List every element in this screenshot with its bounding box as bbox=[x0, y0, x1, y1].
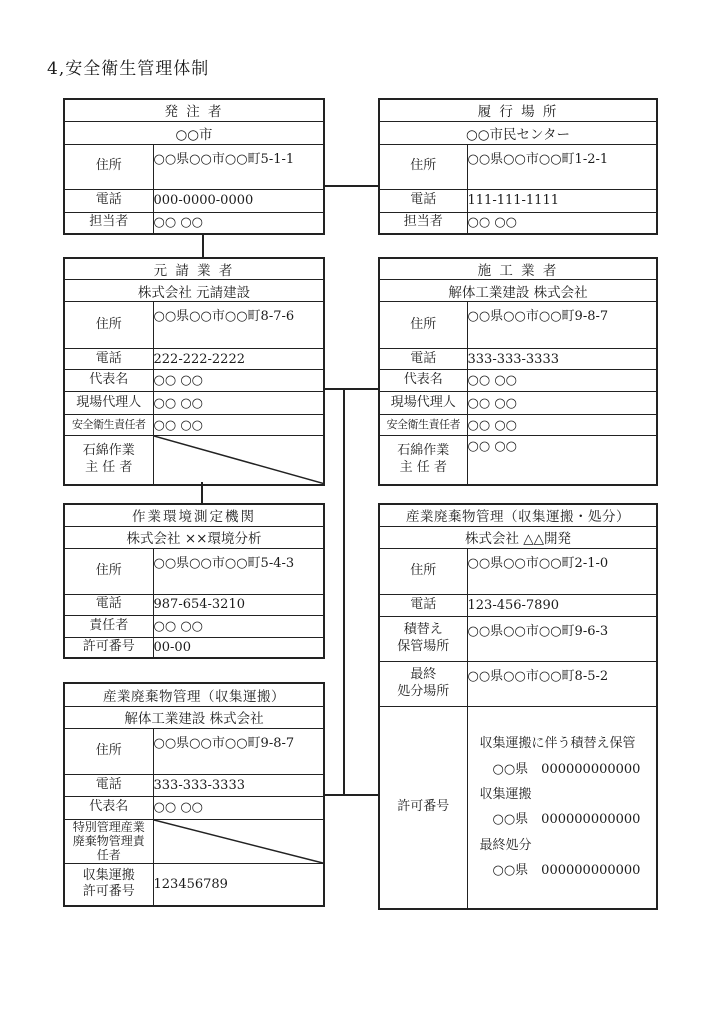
table-row: 住所 ○○県○○市○○町5-4-3 bbox=[64, 548, 324, 594]
row-label: 担当者 bbox=[64, 212, 153, 234]
page-title: 4,安全衛生管理体制 bbox=[47, 54, 209, 79]
row-label: 住所 bbox=[64, 728, 153, 774]
row-label: 現場代理人 bbox=[64, 392, 153, 415]
row-value: ○○県○○市○○町1-2-1 bbox=[467, 144, 657, 189]
table-row: 石綿作業 主 任 者 bbox=[64, 436, 324, 485]
table-title: 産業廃棄物管理（収集運搬） bbox=[64, 683, 324, 706]
table-row: 石綿作業 主 任 者 ○○ ○○ bbox=[379, 436, 657, 485]
row-label: 石綿作業 主 任 者 bbox=[64, 436, 153, 485]
row-value: ○○ ○○ bbox=[467, 392, 657, 415]
table-row: 住所 ○○県○○市○○町2-1-0 bbox=[379, 548, 657, 594]
waste-dispose-table: 産業廃棄物管理（収集運搬・処分） 株式会社 △△開発 住所 ○○県○○市○○町2… bbox=[378, 503, 658, 910]
row-label: 住所 bbox=[64, 302, 153, 349]
table-row: 電話 000-0000-0000 bbox=[64, 189, 324, 212]
table-title: 施 工 業 者 bbox=[379, 258, 657, 280]
table-row: 電話 222-222-2222 bbox=[64, 349, 324, 370]
table-row: 担当者 ○○ ○○ bbox=[379, 212, 657, 234]
row-value: 000-0000-0000 bbox=[153, 189, 324, 212]
row-value: ○○県○○市○○町5-4-3 bbox=[153, 548, 324, 594]
diagonal-strike-line bbox=[154, 436, 324, 484]
row-label: 現場代理人 bbox=[379, 392, 467, 415]
row-value: 123456789 bbox=[153, 863, 324, 906]
row-value: 111-111-1111 bbox=[467, 189, 657, 212]
row-label: 責任者 bbox=[64, 615, 153, 637]
row-value: 123-456-7890 bbox=[467, 594, 657, 616]
company-name: ○○市 bbox=[64, 121, 324, 144]
safety-management-structure-page: 4,安全衛生管理体制 発 注 者 ○○市 住所 ○○県○○市○○町5-1-1 電… bbox=[0, 0, 724, 1024]
connector-orderer-prime bbox=[202, 233, 204, 258]
row-label: 電話 bbox=[379, 594, 467, 616]
row-label: 石綿作業 主 任 者 bbox=[379, 436, 467, 485]
diagonal-strike-line bbox=[154, 820, 324, 863]
company-name: 解体工業建設 株式会社 bbox=[379, 280, 657, 302]
table-row: 電話 123-456-7890 bbox=[379, 594, 657, 616]
table-row: 許可番号 00-00 bbox=[64, 637, 324, 658]
row-label: 電話 bbox=[64, 189, 153, 212]
row-value: 987-654-3210 bbox=[153, 594, 324, 615]
row-label: 許可番号 bbox=[379, 706, 467, 909]
row-value: ○○ ○○ bbox=[153, 615, 324, 637]
work-environment-measurer-table: 作業環境測定機関 株式会社 ××環境分析 住所 ○○県○○市○○町5-4-3 電… bbox=[63, 503, 325, 659]
row-label: 住所 bbox=[379, 302, 467, 349]
row-value: 00-00 bbox=[153, 637, 324, 658]
connector-orderer-site bbox=[325, 185, 378, 187]
row-value: ○○ ○○ bbox=[153, 796, 324, 819]
row-value-crossed-out bbox=[153, 436, 324, 485]
row-value: 収集運搬に伴う積替え保管 ○○県 000000000000 収集運搬 ○○県 0… bbox=[467, 706, 657, 909]
row-label: 特別管理産業 廃棄物管理責 任者 bbox=[64, 819, 153, 863]
table-title: 作業環境測定機関 bbox=[64, 504, 324, 526]
connector-trunk-vertical bbox=[343, 388, 345, 796]
row-label: 代表名 bbox=[64, 370, 153, 392]
row-value: ○○県○○市○○町9-8-7 bbox=[153, 728, 324, 774]
row-label: 収集運搬 許可番号 bbox=[64, 863, 153, 906]
table-row: 最終 処分場所 ○○県○○市○○町8-5-2 bbox=[379, 661, 657, 706]
company-name: 株式会社 △△開発 bbox=[379, 526, 657, 548]
row-label: 住所 bbox=[64, 144, 153, 189]
table-row: 安全衛生責任者 ○○ ○○ bbox=[64, 415, 324, 436]
table-row: 安全衛生責任者 ○○ ○○ bbox=[379, 415, 657, 436]
row-label: 住所 bbox=[379, 144, 467, 189]
table-row: 現場代理人 ○○ ○○ bbox=[379, 392, 657, 415]
prime-contractor-table: 元 請 業 者 株式会社 元請建設 住所 ○○県○○市○○町8-7-6 電話 2… bbox=[63, 257, 325, 486]
row-label: 電話 bbox=[64, 349, 153, 370]
table-row: 積替え 保管場所 ○○県○○市○○町9-6-3 bbox=[379, 616, 657, 661]
table-row: 住所 ○○県○○市○○町8-7-6 bbox=[64, 302, 324, 349]
table-row: 代表名 ○○ ○○ bbox=[64, 370, 324, 392]
row-label: 住所 bbox=[64, 548, 153, 594]
orderer-table: 発 注 者 ○○市 住所 ○○県○○市○○町5-1-1 電話 000-0000-… bbox=[63, 98, 325, 235]
company-name: 株式会社 元請建設 bbox=[64, 280, 324, 302]
connector-waste-tables bbox=[325, 794, 378, 796]
table-row: 特別管理産業 廃棄物管理責 任者 bbox=[64, 819, 324, 863]
row-value: ○○ ○○ bbox=[153, 392, 324, 415]
connector-prime-builder bbox=[325, 388, 378, 390]
table-title: 発 注 者 bbox=[64, 99, 324, 121]
table-title: 履 行 場 所 bbox=[379, 99, 657, 121]
company-name: 株式会社 ××環境分析 bbox=[64, 526, 324, 548]
table-row: 住所 ○○県○○市○○町5-1-1 bbox=[64, 144, 324, 189]
table-row: 収集運搬 許可番号 123456789 bbox=[64, 863, 324, 906]
table-row: 代表名 ○○ ○○ bbox=[64, 796, 324, 819]
row-label: 住所 bbox=[379, 548, 467, 594]
row-value: 333-333-3333 bbox=[153, 774, 324, 796]
table-row: 許可番号 収集運搬に伴う積替え保管 ○○県 000000000000 収集運搬 … bbox=[379, 706, 657, 909]
row-label: 最終 処分場所 bbox=[379, 661, 467, 706]
table-title: 元 請 業 者 bbox=[64, 258, 324, 280]
table-row: 責任者 ○○ ○○ bbox=[64, 615, 324, 637]
row-value: ○○県○○市○○町2-1-0 bbox=[467, 548, 657, 594]
row-value: ○○県○○市○○町8-5-2 bbox=[467, 661, 657, 706]
row-value: ○○県○○市○○町9-8-7 bbox=[467, 302, 657, 349]
row-value: ○○県○○市○○町5-1-1 bbox=[153, 144, 324, 189]
row-value: ○○ ○○ bbox=[467, 436, 657, 485]
table-row: 電話 111-111-1111 bbox=[379, 189, 657, 212]
table-row: 電話 333-333-3333 bbox=[379, 349, 657, 370]
table-row: 住所 ○○県○○市○○町1-2-1 bbox=[379, 144, 657, 189]
waste-collect-table: 産業廃棄物管理（収集運搬） 解体工業建設 株式会社 住所 ○○県○○市○○町9-… bbox=[63, 682, 325, 907]
company-name: 解体工業建設 株式会社 bbox=[64, 706, 324, 728]
row-label: 電話 bbox=[64, 594, 153, 615]
table-row: 電話 333-333-3333 bbox=[64, 774, 324, 796]
table-row: 住所 ○○県○○市○○町9-8-7 bbox=[64, 728, 324, 774]
permit-numbers-block: 収集運搬に伴う積替え保管 ○○県 000000000000 収集運搬 ○○県 0… bbox=[468, 731, 657, 883]
row-label: 安全衛生責任者 bbox=[379, 415, 467, 436]
row-value-crossed-out bbox=[153, 819, 324, 863]
row-label: 代表名 bbox=[379, 370, 467, 392]
row-value: ○○県○○市○○町8-7-6 bbox=[153, 302, 324, 349]
row-label: 担当者 bbox=[379, 212, 467, 234]
row-value: ○○ ○○ bbox=[467, 415, 657, 436]
company-name: ○○市民センター bbox=[379, 121, 657, 144]
table-row: 住所 ○○県○○市○○町9-8-7 bbox=[379, 302, 657, 349]
row-label: 許可番号 bbox=[64, 637, 153, 658]
builder-table: 施 工 業 者 解体工業建設 株式会社 住所 ○○県○○市○○町9-8-7 電話… bbox=[378, 257, 658, 486]
site-table: 履 行 場 所 ○○市民センター 住所 ○○県○○市○○町1-2-1 電話 11… bbox=[378, 98, 658, 235]
row-label: 電話 bbox=[379, 349, 467, 370]
row-label: 電話 bbox=[379, 189, 467, 212]
row-value: ○○ ○○ bbox=[153, 415, 324, 436]
row-label: 電話 bbox=[64, 774, 153, 796]
table-row: 現場代理人 ○○ ○○ bbox=[64, 392, 324, 415]
row-value: ○○ ○○ bbox=[467, 212, 657, 234]
row-value: ○○ ○○ bbox=[153, 212, 324, 234]
row-label: 積替え 保管場所 bbox=[379, 616, 467, 661]
row-label: 代表名 bbox=[64, 796, 153, 819]
row-value: 333-333-3333 bbox=[467, 349, 657, 370]
row-label: 安全衛生責任者 bbox=[64, 415, 153, 436]
row-value: ○○ ○○ bbox=[467, 370, 657, 392]
table-row: 代表名 ○○ ○○ bbox=[379, 370, 657, 392]
connector-prime-measurer bbox=[201, 482, 203, 504]
table-row: 担当者 ○○ ○○ bbox=[64, 212, 324, 234]
table-title: 産業廃棄物管理（収集運搬・処分） bbox=[379, 504, 657, 526]
row-value: 222-222-2222 bbox=[153, 349, 324, 370]
row-value: ○○県○○市○○町9-6-3 bbox=[467, 616, 657, 661]
table-row: 電話 987-654-3210 bbox=[64, 594, 324, 615]
row-value: ○○ ○○ bbox=[153, 370, 324, 392]
